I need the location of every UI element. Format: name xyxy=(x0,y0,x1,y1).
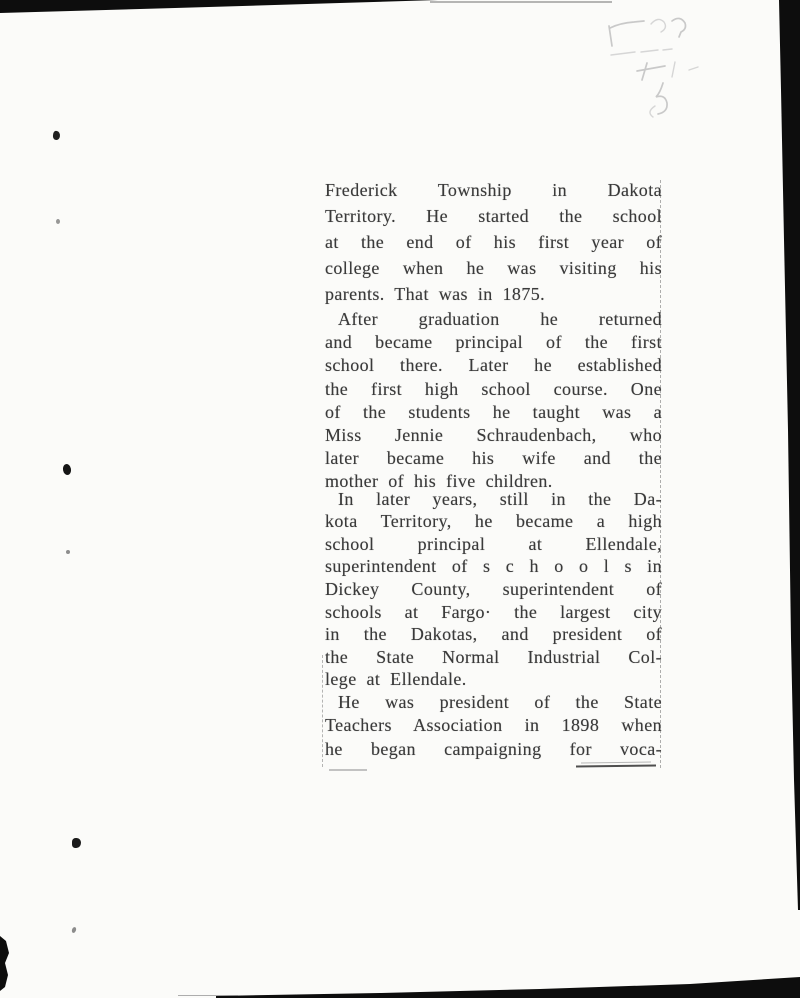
ink-speck xyxy=(71,926,77,933)
article-text: Frederick Township in DakotaTerritory. H… xyxy=(325,177,662,761)
pencil-scribble-marks xyxy=(595,8,725,123)
scan-edge-bottom-fade xyxy=(178,995,238,996)
text-line: Territory. He started the school xyxy=(325,203,662,229)
text-line: at the end of his first year of xyxy=(325,229,662,255)
underline-mark-right xyxy=(576,764,656,767)
text-line: of the students he taught was a xyxy=(325,401,662,424)
text-line: and became principal of the first xyxy=(325,331,662,354)
text-line: He was president of the State xyxy=(325,691,662,714)
text-line: college when he was visiting his xyxy=(325,255,662,281)
text-line: later became his wife and the xyxy=(325,447,662,470)
text-line: In later years, still in the Da- xyxy=(325,488,662,511)
text-line: he began campaigning for voca- xyxy=(325,738,662,761)
text-line: school principal at Ellendale, xyxy=(325,533,662,556)
ink-speck xyxy=(72,838,81,848)
paragraph: After graduation he returnedand became p… xyxy=(325,308,662,494)
text-line: Frederick Township in Dakota xyxy=(325,177,662,203)
text-line: the State Normal Industrial Col- xyxy=(325,646,662,669)
scanned-document-page: Frederick Township in DakotaTerritory. H… xyxy=(0,0,800,998)
text-line: superintendent of s c h o o l s in xyxy=(325,555,662,578)
text-line: Miss Jennie Schraudenbach, who xyxy=(325,424,662,447)
text-line: Teachers Association in 1898 when xyxy=(325,714,662,737)
text-line: parents. That was in 1875. xyxy=(325,281,662,307)
text-line: After graduation he returned xyxy=(325,308,662,331)
paragraph: Frederick Township in DakotaTerritory. H… xyxy=(325,177,662,307)
paragraph: In later years, still in the Da-kota Ter… xyxy=(325,488,662,691)
clipping-edge-line-left xyxy=(322,655,323,767)
paragraph: He was president of the StateTeachers As… xyxy=(325,691,662,761)
ink-speck xyxy=(62,463,72,475)
text-line: schools at Fargo· the largest city xyxy=(325,601,662,624)
text-line: Dickey County, superintendent of xyxy=(325,578,662,601)
scan-edge-top-fade xyxy=(430,1,612,3)
ink-speck xyxy=(66,550,70,554)
text-line: in the Dakotas, and president of xyxy=(325,623,662,646)
ink-speck xyxy=(56,219,60,224)
text-line: the first high school course. One xyxy=(325,378,662,401)
underline-mark-left xyxy=(329,769,367,771)
ink-speck xyxy=(52,131,60,141)
text-line: kota Territory, he became a high xyxy=(325,510,662,533)
underline-mark-right-ghost xyxy=(581,762,651,764)
text-line: lege at Ellendale. xyxy=(325,668,662,691)
text-line: school there. Later he established xyxy=(325,354,662,377)
